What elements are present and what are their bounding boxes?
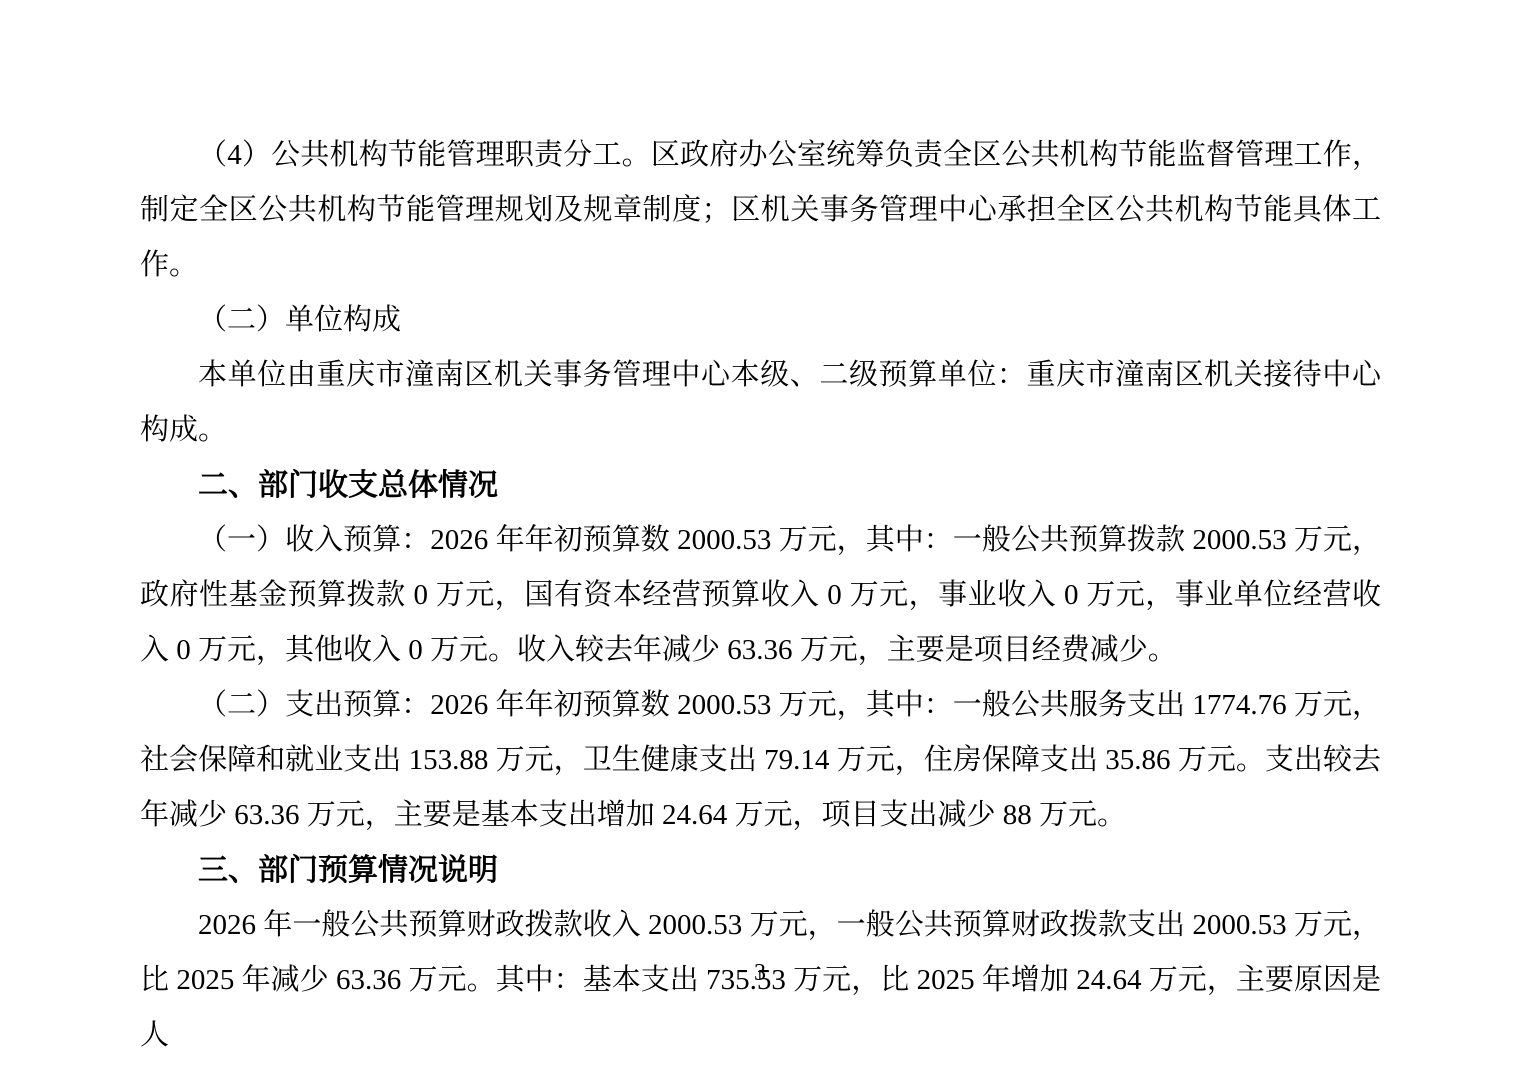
paragraph-unit-composition-title: （二）单位构成	[140, 293, 1381, 348]
paragraph-unit-composition-body: 本单位由重庆市潼南区机关事务管理中心本级、二级预算单位：重庆市潼南区机关接待中心…	[140, 348, 1381, 458]
heading-section-3-budget-explanation: 三、部门预算情况说明	[140, 843, 1381, 898]
document-page: （4）公共机构节能管理职责分工。区政府办公室统筹负责全区公共机构节能监督管理工作…	[0, 0, 1520, 1074]
page-number: 3	[0, 958, 1520, 988]
paragraph-income-budget: （一）收入预算：2026 年年初预算数 2000.53 万元，其中：一般公共预算…	[140, 513, 1381, 678]
heading-section-2-revenue-expenditure-overview: 二、部门收支总体情况	[140, 458, 1381, 513]
paragraph-expenditure-budget: （二）支出预算：2026 年年初预算数 2000.53 万元，其中：一般公共服务…	[140, 678, 1381, 843]
document-content: （4）公共机构节能管理职责分工。区政府办公室统筹负责全区公共机构节能监督管理工作…	[140, 128, 1381, 1063]
paragraph-energy-duty-division: （4）公共机构节能管理职责分工。区政府办公室统筹负责全区公共机构节能监督管理工作…	[140, 128, 1381, 293]
